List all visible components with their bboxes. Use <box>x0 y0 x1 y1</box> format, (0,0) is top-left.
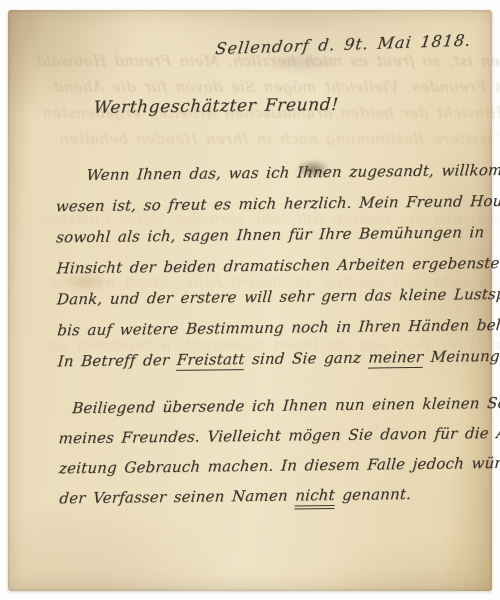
letter-line: Beiliegend übersende ich Ihnen nun einen… <box>72 393 500 417</box>
line-segment: der Verfasser seinen Namen <box>59 486 296 507</box>
line-segment: genannt. <box>334 485 412 504</box>
double-underlined-word: nicht <box>294 486 335 510</box>
underlined-word: meiner <box>368 348 424 369</box>
underlined-word: Freistatt <box>176 350 245 371</box>
letter-paper: wesen ist, so freut es mich herzlich. Me… <box>8 10 492 591</box>
letter-line: Wenn Ihnen das, was ich Ihnen zugesandt,… <box>86 160 500 184</box>
letter-line: bis auf weitere Bestimmung noch in Ihren… <box>57 315 500 339</box>
line-segment: Meinung. <box>423 347 500 366</box>
letter-line: In Betreff der Freistatt sind Sie ganz m… <box>57 347 500 370</box>
letter-text: Sellendorf d. 9t. Mai 1818. Werthgeschät… <box>4 7 495 594</box>
line-segment: sind Sie ganz <box>244 349 369 369</box>
letter-line: sowohl als ich, sagen Ihnen für Ihre Bem… <box>56 223 486 246</box>
scanned-letter: wesen ist, so freut es mich herzlich. Me… <box>0 0 500 600</box>
letter-line: zeitung Gebrauch machen. In diesem Falle… <box>58 453 500 477</box>
letter-line: Hinsicht der beiden dramatischen Arbeite… <box>56 254 500 278</box>
letter-line: wesen ist, so freut es mich herzlich. Me… <box>55 191 500 215</box>
letter-line: Dank, und der erstere will sehr gern das… <box>56 285 500 309</box>
salutation: Werthgeschätzter Freund! <box>93 95 340 118</box>
line-segment: In Betreff der <box>57 351 177 370</box>
dateline: Sellendorf d. 9t. Mai 1818. <box>214 31 472 58</box>
letter-line: meines Freundes. Vielleicht mögen Sie da… <box>58 423 500 447</box>
letter-line: der Verfasser seinen Namen nicht genannt… <box>59 485 412 507</box>
